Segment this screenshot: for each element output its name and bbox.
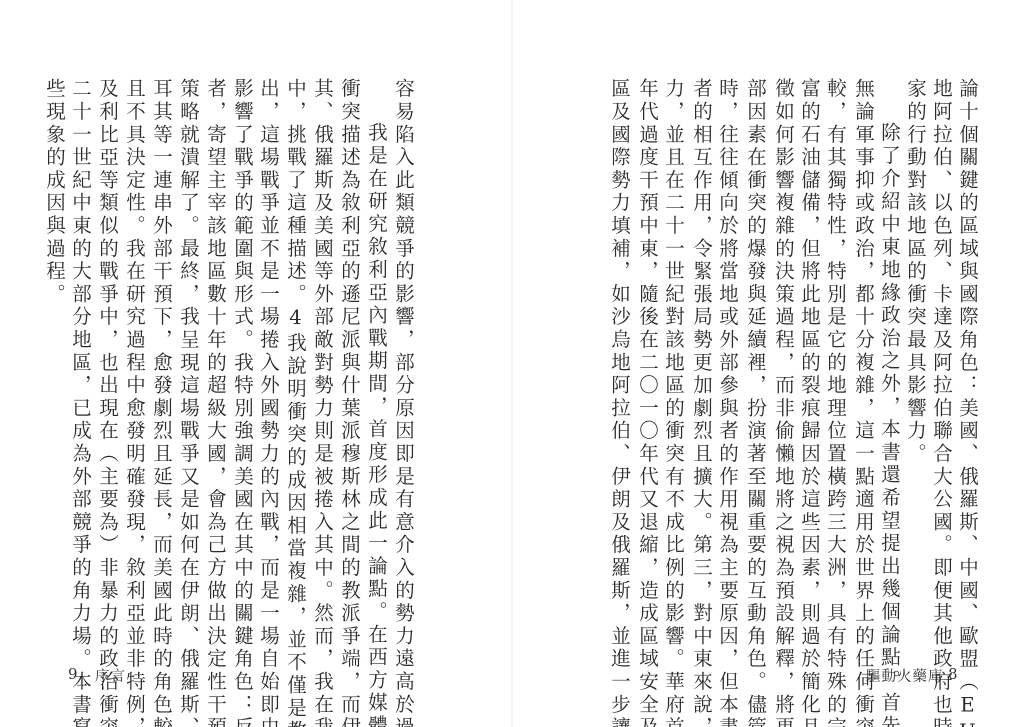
running-head: 序言 [95, 665, 126, 686]
text-column: 其、俄羅斯及美國等外部敵對勢力則是被捲入其中。然而，我在我的書《為敘利亞而戰》 [309, 78, 335, 638]
text-column: 家的行動對該地區的衝突最具影響力。 [902, 78, 928, 638]
right-page: 論十個關鍵的區域與國際角色：美國、俄羅斯、中國、歐盟（EU）、土耳其、伊朗、沙烏… [512, 0, 1024, 727]
text-column: 二十一世紀中東的大部分地區，已成為外部競爭的角力場。本書寫作的目的，正在於解釋這 [67, 78, 93, 638]
text-column: 些現象的成因與過程。 [41, 78, 67, 638]
text-column: 我是在研究敘利亞內戰期間，首度形成此一論點。在西方媒體與其他地方，常將這場 [363, 122, 389, 682]
text-column: 力，並且在二十一世紀對該地區的衝突有不成比例的影響。華府首先在一九九〇及二〇〇〇 [660, 78, 686, 638]
text-column: 時，往往傾向於將當地或外部參與者的作用視為主要原因，但本書的案例將顯示，通常是兩 [714, 78, 740, 638]
text-column: 地阿拉伯、以色列、卡達及阿拉伯聯合大公國。即便其他政府也時常涉入其中，但這十個國 [928, 78, 954, 638]
left-page: 容易陷入此類競爭的影響，部分原因即是有意介入的勢力遠高於過往。 我是在研究敘利亞… [0, 0, 512, 727]
text-column: 者，寄望主宰該地區數十年的超級大國，會為己方做出決定性干預，但當華府拒絕時，這個 [202, 78, 228, 638]
text-column: 耳其等一連串外部干預下，愈發劇烈且延長，而美國此時的角色較諸過往幾十年，顯得節制 [148, 78, 174, 638]
text-column: 及利比亞等類似的戰爭中，也出現在（主要為）非暴力的政治衝突中，如埃及和黎巴嫩。 [94, 78, 120, 638]
text-column: 且不具決定性。我在研究過程中愈發明確發現，敘利亞並非特例，同樣模式不僅發生在葉門 [121, 78, 147, 638]
text-column: 中，挑戰了這種描述。4我說明衝突的成因相當複雜，並不僅是教派間的緊張關係；我也指 [282, 78, 308, 638]
text-column: 容易陷入此類競爭的影響，部分原因即是有意介入的勢力遠高於過往。 [390, 78, 416, 638]
text-column: 除了介紹中東地緣政治之外，本書還希望提出幾個論點。首先，如前所述，衝突—— [876, 122, 902, 682]
text-column: 年代過度干預中東，隨後在二〇一〇年代又退縮，造成區域安全及政治的真空。此真空由地 [634, 78, 660, 638]
text-column: 徵如何影響複雜的決策過程，而非偷懶地將之視為預設解釋，將更有幫助。其次，內部與外 [770, 78, 796, 638]
text-column: 衝突描述為敘利亞的遜尼派與什葉派穆斯林之間的教派爭端，而伊朗、沙烏地阿拉伯、土耳 [336, 78, 362, 638]
text-column: 影響了戰爭的範圍與形式。我特別強調美國在其中的關鍵角色：反對派勢力及其區域支持 [229, 78, 255, 638]
text-column: 富的石油儲備，但將此地區的裂痕歸因於這些因素，則過於簡化且欠缺精準。3探索這些特 [796, 78, 822, 638]
text-column: 較，有其獨特性，特別是它的地理位置橫跨三大洲，具有特殊的宗教文化遺產，以及擁有豐 [822, 78, 848, 638]
text-column: 出，這場戰爭並不是一場捲入外國勢力的內戰，而是一場自始即由內外力量交互作用，從而 [255, 78, 281, 638]
text-column: 論十個關鍵的區域與國際角色：美國、俄羅斯、中國、歐盟（EU）、土耳其、伊朗、沙烏 [954, 78, 980, 638]
page-number: 8 [948, 665, 958, 683]
page-number: 9 [68, 665, 78, 683]
text-column: 無論軍事抑或政治，都十分複雜，這一點適用於世界上的任何衝突。雖然中東與其他地區相 [850, 78, 876, 638]
text-column: 部因素在衝突的爆發與延續裡，扮演著至關重要的互動角色。儘管學者與評論員在解釋爭端 [742, 78, 768, 638]
text-column: 區及國際勢力填補，如沙烏地阿拉伯、伊朗及俄羅斯，並進一步讓衝突升溫。現代中東特別 [606, 78, 632, 638]
text-column: 策略就潰解了。最終，我呈現這場戰爭又是如何在伊朗、俄羅斯、沙烏地阿拉伯、卡達及土 [175, 78, 201, 638]
text-column: 者的相互作用，令緊張局勢更加劇烈且擴大。第三，對中東來說，美國一直是關鍵的外部勢 [688, 78, 714, 638]
running-head: 驅動火藥庫 [866, 665, 944, 686]
